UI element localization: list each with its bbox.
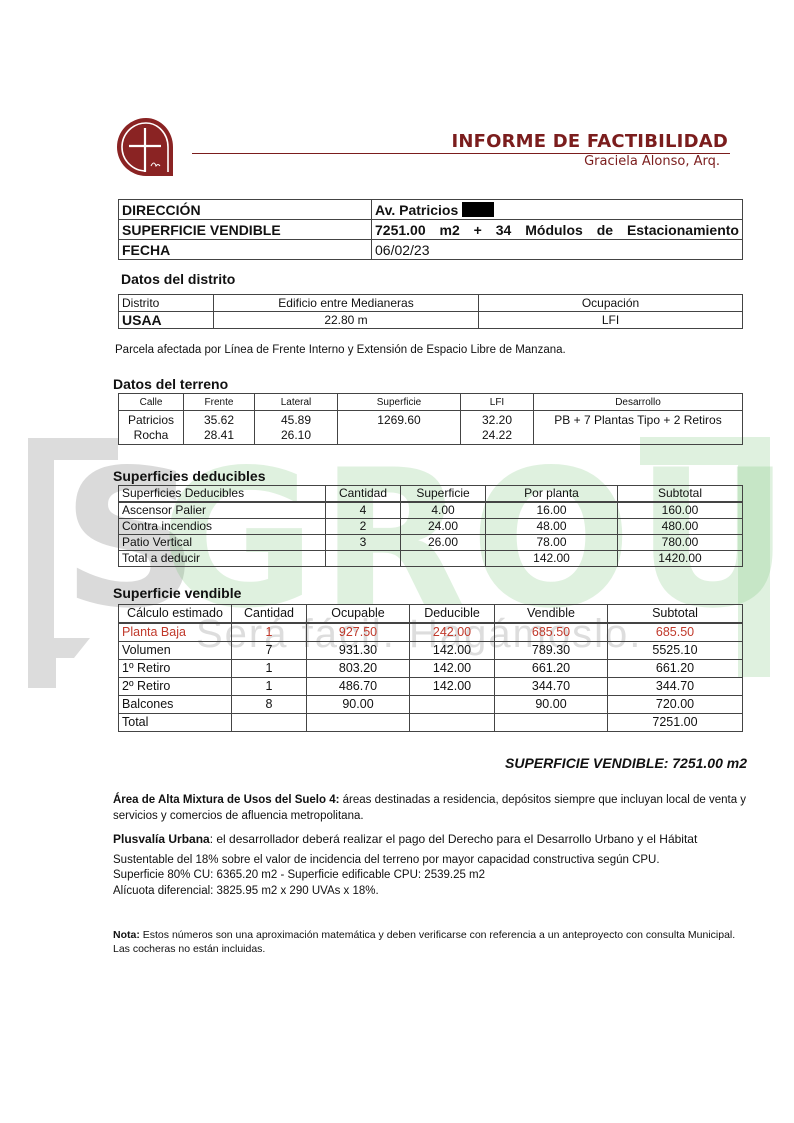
- vendible-cell: 927.50: [307, 623, 410, 642]
- superficie-label: SUPERFICIE VENDIBLE: [119, 220, 372, 240]
- deducibles-cell: 26.00: [401, 535, 486, 551]
- distrito-value: 22.80 m: [214, 312, 479, 329]
- vendible-header: Deducible: [410, 605, 495, 624]
- deducibles-header: Subtotal: [618, 486, 743, 503]
- terreno-cell: 45.8926.10: [255, 411, 338, 445]
- vendible-cell: [410, 714, 495, 732]
- info-row-superficie: SUPERFICIE VENDIBLE 7251.00 m2 + 34 Módu…: [119, 220, 743, 240]
- superficie-1: 1269.60: [341, 413, 457, 428]
- vendible-cell: 931.30: [307, 642, 410, 660]
- vendible-header: Cantidad: [232, 605, 307, 624]
- section-title-vendible: Superficie vendible: [113, 585, 241, 601]
- vendible-cell: 685.50: [495, 623, 608, 642]
- distrito-header-row: Distrito Edificio entre Medianeras Ocupa…: [119, 295, 743, 312]
- deducibles-row: Total a deducir142.001420.00: [119, 551, 743, 567]
- vendible-row: Planta Baja1927.50242.00685.50685.50: [119, 623, 743, 642]
- terreno-header: Superficie: [338, 394, 461, 411]
- deducibles-cell: 24.00: [401, 519, 486, 535]
- info-row-fecha: FECHA 06/02/23: [119, 240, 743, 260]
- deducibles-header: Cantidad: [326, 486, 401, 503]
- redacted-box: [462, 202, 494, 217]
- section-title-terreno: Datos del terreno: [113, 376, 228, 392]
- terreno-cell: 1269.60: [338, 411, 461, 445]
- sv-word: Módulos: [525, 222, 583, 238]
- deducibles-cell: Ascensor Palier: [119, 502, 326, 519]
- vendible-header: Vendible: [495, 605, 608, 624]
- distrito-table: Distrito Edificio entre Medianeras Ocupa…: [118, 294, 743, 329]
- distrito-header: Distrito: [119, 295, 214, 312]
- vendible-cell: 661.20: [495, 660, 608, 678]
- deducibles-row: Contra incendios224.0048.00480.00: [119, 519, 743, 535]
- vendible-cell: 486.70: [307, 678, 410, 696]
- lfi-1: 32.20: [464, 413, 530, 428]
- deducibles-cell: 3: [326, 535, 401, 551]
- vendible-cell: Planta Baja: [119, 623, 232, 642]
- section-title-distrito: Datos del distrito: [121, 271, 235, 287]
- lfi-2: 24.22: [464, 428, 530, 443]
- terreno-cell: PB + 7 Plantas Tipo + 2 Retiros: [534, 411, 743, 445]
- vendible-cell: 803.20: [307, 660, 410, 678]
- deducibles-header: Superficie: [401, 486, 486, 503]
- vendible-cell: 142.00: [410, 660, 495, 678]
- vendible-table: Cálculo estimado Cantidad Ocupable Deduc…: [118, 604, 743, 732]
- deducibles-cell: [401, 551, 486, 567]
- deducibles-cell: 1420.00: [618, 551, 743, 567]
- deducibles-cell: [326, 551, 401, 567]
- frente-2: 28.41: [187, 428, 251, 443]
- terreno-table: Calle Frente Lateral Superficie LFI Desa…: [118, 393, 743, 445]
- vendible-cell: 685.50: [608, 623, 743, 642]
- terreno-header: Desarrollo: [534, 394, 743, 411]
- terreno-header: Frente: [184, 394, 255, 411]
- sv-word: +: [474, 222, 482, 238]
- vendible-cell: [232, 714, 307, 732]
- terreno-header: LFI: [461, 394, 534, 411]
- vendible-cell: 720.00: [608, 696, 743, 714]
- deducibles-row: Ascensor Palier44.0016.00160.00: [119, 502, 743, 519]
- deducibles-cell: 78.00: [486, 535, 618, 551]
- distrito-value: USAA: [119, 312, 214, 329]
- document-page: S GROUP Será fácil. Hagámoslo. INFORME D…: [0, 0, 794, 1123]
- plusvalia-label: Plusvalía Urbana: [113, 832, 210, 846]
- vendible-cell: 142.00: [410, 642, 495, 660]
- vendible-cell: 5525.10: [608, 642, 743, 660]
- deducibles-cell: 48.00: [486, 519, 618, 535]
- terreno-cell: 32.2024.22: [461, 411, 534, 445]
- fecha-value: 06/02/23: [372, 240, 743, 260]
- lateral-1: 45.89: [258, 413, 334, 428]
- plusvalia-text: : el desarrollador deberá realizar el pa…: [210, 832, 698, 846]
- deducibles-header: Por planta: [486, 486, 618, 503]
- vendible-header: Ocupable: [307, 605, 410, 624]
- plusvalia-note: Plusvalía Urbana: el desarrollador deber…: [113, 832, 763, 848]
- fecha-label: FECHA: [119, 240, 372, 260]
- distrito-value: LFI: [479, 312, 743, 329]
- vendible-cell: 344.70: [495, 678, 608, 696]
- plusvalia-line: Sustentable del 18% sobre el valor de in…: [113, 853, 660, 869]
- sv-word: 7251.00: [375, 222, 426, 238]
- deducibles-cell: 2: [326, 519, 401, 535]
- vendible-cell: Balcones: [119, 696, 232, 714]
- nota: Nota: Estos números son una aproximación…: [113, 928, 753, 956]
- info-table: DIRECCIÓN Av. Patricios SUPERFICIE VENDI…: [118, 199, 743, 260]
- terreno-header: Calle: [119, 394, 184, 411]
- calle-2: Rocha: [122, 428, 180, 443]
- report-author: Graciela Alonso, Arq.: [584, 154, 720, 169]
- deducibles-cell: Patio Vertical: [119, 535, 326, 551]
- deducibles-cell: 4.00: [401, 502, 486, 519]
- vendible-cell: 1: [232, 623, 307, 642]
- direccion-value-cell: Av. Patricios: [372, 200, 743, 220]
- vendible-cell: 7: [232, 642, 307, 660]
- vendible-header: Subtotal: [608, 605, 743, 624]
- vendible-cell: 344.70: [608, 678, 743, 696]
- frente-1: 35.62: [187, 413, 251, 428]
- deducibles-header-row: Superficies Deducibles Cantidad Superfic…: [119, 486, 743, 503]
- deducibles-cell: Total a deducir: [119, 551, 326, 567]
- deducibles-cell: 160.00: [618, 502, 743, 519]
- plusvalia-line: Alícuota diferencial: 3825.95 m2 x 290 U…: [113, 884, 379, 900]
- nota-label: Nota:: [113, 929, 140, 941]
- vendible-cell: 8: [232, 696, 307, 714]
- deducibles-row: Patio Vertical326.0078.00780.00: [119, 535, 743, 551]
- sv-word: m2: [440, 222, 460, 238]
- terreno-cell: 35.6228.41: [184, 411, 255, 445]
- calle-1: Patricios: [122, 413, 180, 428]
- vendible-cell: Volumen: [119, 642, 232, 660]
- terreno-header-row: Calle Frente Lateral Superficie LFI Desa…: [119, 394, 743, 411]
- deducibles-cell: 16.00: [486, 502, 618, 519]
- logo-icon: [115, 116, 177, 178]
- vendible-cell: [410, 696, 495, 714]
- sv-word: de: [597, 222, 613, 238]
- vendible-cell: 2º Retiro: [119, 678, 232, 696]
- distrito-value-row: USAA 22.80 m LFI: [119, 312, 743, 329]
- vendible-row: Balcones890.0090.00720.00: [119, 696, 743, 714]
- desarrollo-1: PB + 7 Plantas Tipo + 2 Retiros: [537, 413, 739, 428]
- vendible-row: 1º Retiro1803.20142.00661.20661.20: [119, 660, 743, 678]
- terreno-header: Lateral: [255, 394, 338, 411]
- vendible-cell: 1º Retiro: [119, 660, 232, 678]
- deducibles-header: Superficies Deducibles: [119, 486, 326, 503]
- deducibles-cell: Contra incendios: [119, 519, 326, 535]
- vendible-cell: 90.00: [495, 696, 608, 714]
- direccion-value: Av. Patricios: [375, 202, 458, 218]
- vendible-row: Volumen7931.30142.00789.305525.10: [119, 642, 743, 660]
- nota-text: Estos números son una aproximación matem…: [113, 929, 735, 955]
- distrito-header: Ocupación: [479, 295, 743, 312]
- vendible-cell: 1: [232, 660, 307, 678]
- area-note-label: Área de Alta Mixtura de Usos del Suelo 4…: [113, 794, 339, 806]
- deducibles-cell: 142.00: [486, 551, 618, 567]
- report-title: INFORME DE FACTIBILIDAD: [451, 131, 728, 152]
- lateral-2: 26.10: [258, 428, 334, 443]
- deducibles-cell: 780.00: [618, 535, 743, 551]
- section-title-deducibles: Superficies deducibles: [113, 468, 266, 484]
- vendible-cell: 789.30: [495, 642, 608, 660]
- vendible-cell: 1: [232, 678, 307, 696]
- vendible-cell: 142.00: [410, 678, 495, 696]
- vendible-cell: 7251.00: [608, 714, 743, 732]
- terreno-row: PatriciosRocha 35.6228.41 45.8926.10 126…: [119, 411, 743, 445]
- distrito-header: Edificio entre Medianeras: [214, 295, 479, 312]
- deducibles-table: Superficies Deducibles Cantidad Superfic…: [118, 485, 743, 567]
- distrito-note: Parcela afectada por Línea de Frente Int…: [115, 343, 566, 359]
- terreno-cell: PatriciosRocha: [119, 411, 184, 445]
- sv-word: Estacionamiento: [627, 222, 739, 238]
- vendible-cell: [307, 714, 410, 732]
- direccion-label: DIRECCIÓN: [119, 200, 372, 220]
- vendible-cell: Total: [119, 714, 232, 732]
- vendible-row: Total7251.00: [119, 714, 743, 732]
- vendible-cell: [495, 714, 608, 732]
- vendible-cell: 661.20: [608, 660, 743, 678]
- vendible-cell: 242.00: [410, 623, 495, 642]
- summary-total: SUPERFICIE VENDIBLE: 7251.00 m2: [505, 755, 747, 771]
- sv-word: 34: [496, 222, 512, 238]
- deducibles-cell: 4: [326, 502, 401, 519]
- vendible-cell: 90.00: [307, 696, 410, 714]
- vendible-row: 2º Retiro1486.70142.00344.70344.70: [119, 678, 743, 696]
- deducibles-cell: 480.00: [618, 519, 743, 535]
- area-note: Área de Alta Mixtura de Usos del Suelo 4…: [113, 793, 753, 824]
- info-row-direccion: DIRECCIÓN Av. Patricios: [119, 200, 743, 220]
- vendible-header-row: Cálculo estimado Cantidad Ocupable Deduc…: [119, 605, 743, 624]
- plusvalia-line: Superficie 80% CU: 6365.20 m2 - Superfic…: [113, 868, 485, 884]
- superficie-value: 7251.00 m2 + 34 Módulos de Estacionamien…: [372, 220, 743, 240]
- vendible-header: Cálculo estimado: [119, 605, 232, 624]
